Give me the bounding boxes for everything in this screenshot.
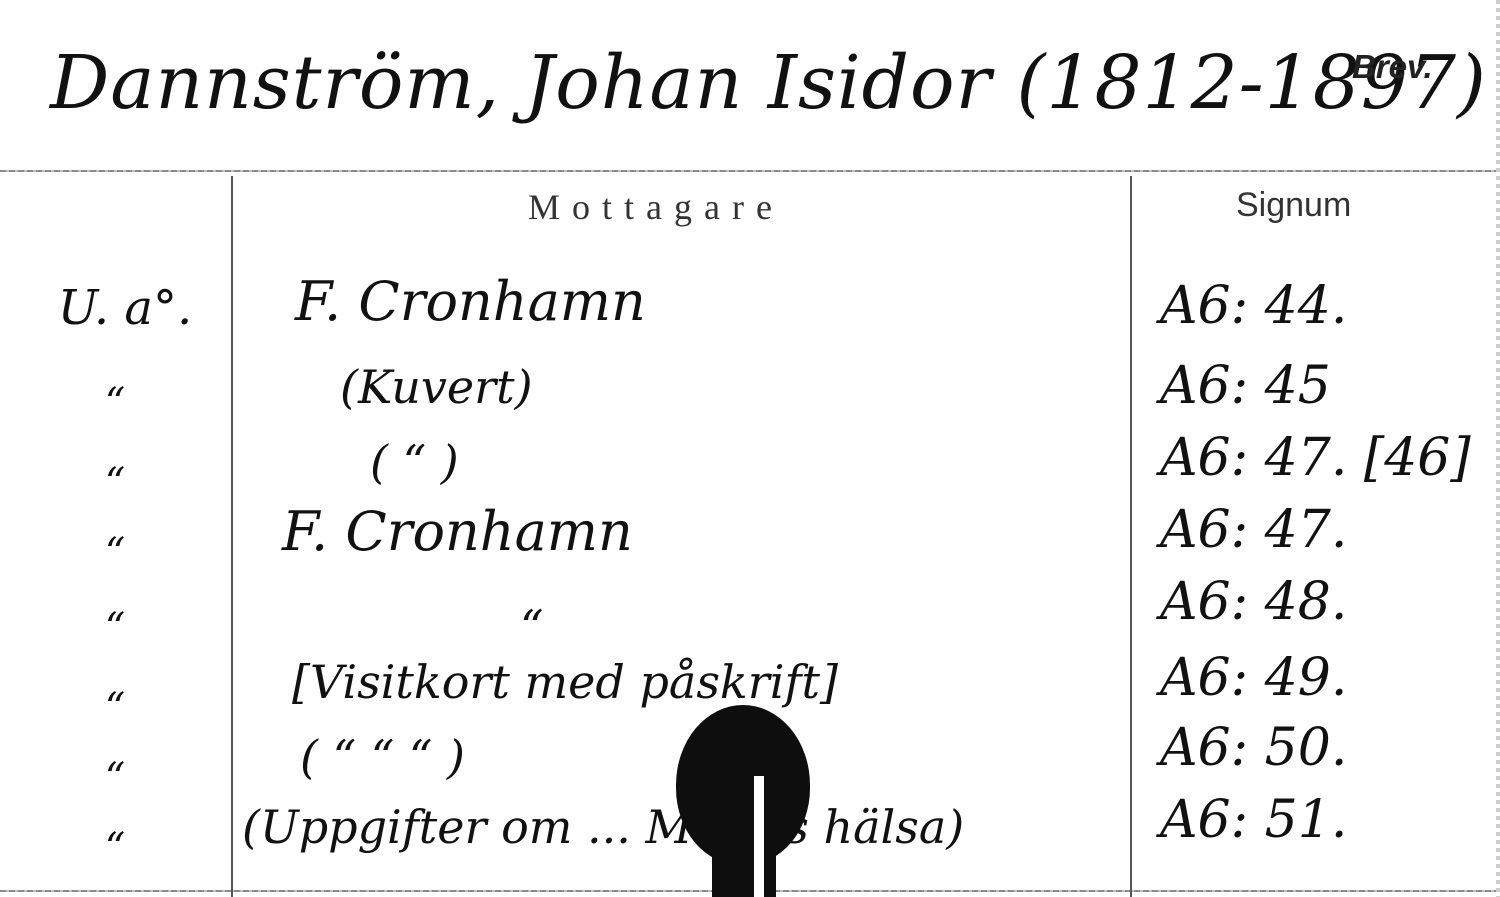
punch-hole-slot bbox=[712, 830, 776, 897]
row-recipient: (Kuvert) bbox=[340, 360, 533, 414]
row-signum: A6: 49. bbox=[1160, 648, 1347, 708]
row-recipient: ( “ “ “ ) bbox=[300, 730, 465, 784]
header-divider bbox=[0, 170, 1500, 172]
row-signum: A6: 51. bbox=[1160, 790, 1347, 850]
row-left-mark: “ bbox=[0, 380, 230, 426]
row-signum: A6: 45 bbox=[1160, 356, 1331, 416]
row-recipient: “ bbox=[520, 600, 544, 654]
card-right-edge bbox=[1496, 0, 1500, 897]
category-label: Brev. bbox=[1352, 48, 1433, 86]
column-header-signum: Signum bbox=[1236, 186, 1351, 225]
row-left-mark: “ bbox=[0, 605, 230, 651]
row-recipient: F. Cronhamn bbox=[282, 500, 633, 563]
punch-hole-gap bbox=[754, 776, 764, 897]
row-recipient: ( “ ) bbox=[370, 435, 459, 489]
row-left-mark: “ bbox=[0, 530, 230, 576]
row-left-mark: “ bbox=[0, 825, 230, 871]
row-left-mark: “ bbox=[0, 460, 230, 506]
row-signum: A6: 47. bbox=[1160, 500, 1347, 560]
card-title-handwritten: Dannström, Johan Isidor (1812-1897) bbox=[50, 40, 1487, 126]
column-divider-right bbox=[1130, 176, 1132, 897]
row-signum: A6: 50. bbox=[1160, 718, 1347, 778]
row-recipient: F. Cronhamn bbox=[295, 270, 646, 333]
archive-index-card: Dannström, Johan Isidor (1812-1897) Brev… bbox=[0, 0, 1500, 897]
row-left-mark: “ bbox=[0, 755, 230, 801]
row-signum: A6: 44. bbox=[1160, 276, 1347, 336]
row-signum: A6: 48. bbox=[1160, 572, 1347, 632]
row-recipient: (Uppgifter om ... M. A.:s hälsa) bbox=[242, 800, 964, 854]
column-header-mottagare: Mottagare bbox=[528, 186, 784, 228]
row-signum: A6: 47. [46] bbox=[1160, 428, 1471, 488]
row-left-mark: U. a°. bbox=[0, 280, 250, 336]
row-left-mark: “ bbox=[0, 685, 230, 731]
row-recipient: [Visitkort med påskrift] bbox=[292, 655, 838, 709]
